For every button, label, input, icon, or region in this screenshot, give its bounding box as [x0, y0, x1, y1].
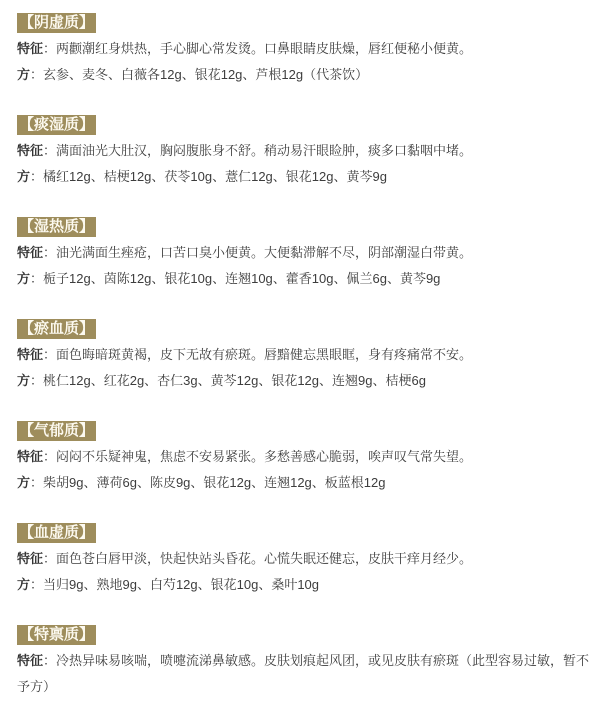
colon: ： [43, 245, 56, 260]
feature-label: 特征 [17, 41, 43, 56]
feature-text: 满面油光大肚汉，胸闷腹胀身不舒。稍动易汗眼睑肿，痰多口黏咽中堵。 [56, 143, 472, 158]
feature-row: 特征：两颧潮红身烘热，手心脚心常发烫。口鼻眼睛皮肤燥，唇红便秘小便黄。 [17, 36, 598, 62]
colon: ： [43, 143, 56, 158]
feature-text: 冷热异味易咳喘，喷嚏流涕鼻敏感。皮肤划痕起风团，或见皮肤有瘀斑（此型容易过敏，暂… [17, 653, 589, 694]
colon: ： [30, 271, 43, 286]
feature-text: 面色苍白唇甲淡，快起快站头昏花。心慌失眠还健忘，皮肤干痒月经少。 [56, 551, 472, 566]
feature-row: 特征：满面油光大肚汉，胸闷腹胀身不舒。稍动易汗眼睑肿，痰多口黏咽中堵。 [17, 138, 598, 164]
recipe-label: 方 [17, 475, 30, 490]
feature-row: 特征：面色苍白唇甲淡，快起快站头昏花。心慌失眠还健忘，皮肤干痒月经少。 [17, 546, 598, 572]
section-damp-heat: 【湿热质】 特征：油光满面生痤疮，口苦口臭小便黄。大便黏滞解不尽，阴部潮湿白带黄… [17, 217, 598, 292]
recipe-text: 桃仁12g、红花2g、杏仁3g、黄芩12g、银花12g、连翘9g、桔梗6g [43, 373, 426, 388]
recipe-label: 方 [17, 67, 30, 82]
colon: ： [43, 347, 56, 362]
recipe-text: 柴胡9g、薄荷6g、陈皮9g、银花12g、连翘12g、板蓝根12g [43, 475, 385, 490]
section-title-badge: 【瘀血质】 [17, 319, 96, 339]
recipe-row: 方：当归9g、熟地9g、白芍12g、银花10g、桑叶10g [17, 572, 598, 598]
feature-label: 特征 [17, 143, 43, 158]
colon: ： [30, 169, 43, 184]
section-title-badge: 【气郁质】 [17, 421, 96, 441]
feature-label: 特征 [17, 551, 43, 566]
recipe-label: 方 [17, 373, 30, 388]
feature-text: 闷闷不乐疑神鬼，焦虑不安易紧张。多愁善感心脆弱，唉声叹气常失望。 [56, 449, 472, 464]
colon: ： [30, 475, 43, 490]
colon: ： [43, 551, 56, 566]
recipe-label: 方 [17, 169, 30, 184]
recipe-label: 方 [17, 577, 30, 592]
section-blood-stasis: 【瘀血质】 特征：面色晦暗斑黄褐，皮下无故有瘀斑。唇黯健忘黑眼眶，身有疼痛常不安… [17, 319, 598, 394]
section-title-badge: 【阴虚质】 [17, 13, 96, 33]
section-title-badge: 【血虚质】 [17, 523, 96, 543]
constitution-document: 【阴虚质】 特征：两颧潮红身烘热，手心脚心常发烫。口鼻眼睛皮肤燥，唇红便秘小便黄… [0, 0, 615, 700]
section-phlegm-damp: 【痰湿质】 特征：满面油光大肚汉，胸闷腹胀身不舒。稍动易汗眼睑肿，痰多口黏咽中堵… [17, 115, 598, 190]
recipe-row: 方：桃仁12g、红花2g、杏仁3g、黄芩12g、银花12g、连翘9g、桔梗6g [17, 368, 598, 394]
colon: ： [43, 653, 56, 668]
section-blood-deficiency: 【血虚质】 特征：面色苍白唇甲淡，快起快站头昏花。心慌失眠还健忘，皮肤干痒月经少… [17, 523, 598, 598]
feature-row: 特征：面色晦暗斑黄褐，皮下无故有瘀斑。唇黯健忘黑眼眶，身有疼痛常不安。 [17, 342, 598, 368]
feature-row: 特征：油光满面生痤疮，口苦口臭小便黄。大便黏滞解不尽，阴部潮湿白带黄。 [17, 240, 598, 266]
section-title-badge: 【痰湿质】 [17, 115, 96, 135]
colon: ： [43, 41, 56, 56]
colon: ： [43, 449, 56, 464]
recipe-row: 方：橘红12g、桔梗12g、茯苓10g、薏仁12g、银花12g、黄芩9g [17, 164, 598, 190]
section-title-badge: 【湿热质】 [17, 217, 96, 237]
section-title-badge: 【特禀质】 [17, 625, 96, 645]
section-yin-deficiency: 【阴虚质】 特征：两颧潮红身烘热，手心脚心常发烫。口鼻眼睛皮肤燥，唇红便秘小便黄… [17, 13, 598, 88]
colon: ： [30, 577, 43, 592]
section-qi-stagnation: 【气郁质】 特征：闷闷不乐疑神鬼，焦虑不安易紧张。多愁善感心脆弱，唉声叹气常失望… [17, 421, 598, 496]
feature-label: 特征 [17, 449, 43, 464]
recipe-row: 方：玄参、麦冬、白薇各12g、银花12g、芦根12g（代茶饮） [17, 62, 598, 88]
recipe-row: 方：栀子12g、茵陈12g、银花10g、连翘10g、藿香10g、佩兰6g、黄芩9… [17, 266, 598, 292]
colon: ： [30, 67, 43, 82]
recipe-row: 方：柴胡9g、薄荷6g、陈皮9g、银花12g、连翘12g、板蓝根12g [17, 470, 598, 496]
recipe-text: 玄参、麦冬、白薇各12g、银花12g、芦根12g（代茶饮） [43, 67, 368, 82]
recipe-text: 当归9g、熟地9g、白芍12g、银花10g、桑叶10g [43, 577, 319, 592]
section-special-constitution: 【特禀质】 特征：冷热异味易咳喘，喷嚏流涕鼻敏感。皮肤划痕起风团，或见皮肤有瘀斑… [17, 625, 598, 700]
feature-label: 特征 [17, 245, 43, 260]
feature-row: 特征：冷热异味易咳喘，喷嚏流涕鼻敏感。皮肤划痕起风团，或见皮肤有瘀斑（此型容易过… [17, 648, 598, 700]
feature-label: 特征 [17, 347, 43, 362]
feature-label: 特征 [17, 653, 43, 668]
feature-text: 两颧潮红身烘热，手心脚心常发烫。口鼻眼睛皮肤燥，唇红便秘小便黄。 [56, 41, 472, 56]
colon: ： [30, 373, 43, 388]
recipe-label: 方 [17, 271, 30, 286]
recipe-text: 橘红12g、桔梗12g、茯苓10g、薏仁12g、银花12g、黄芩9g [43, 169, 387, 184]
feature-text: 面色晦暗斑黄褐，皮下无故有瘀斑。唇黯健忘黑眼眶，身有疼痛常不安。 [56, 347, 472, 362]
recipe-text: 栀子12g、茵陈12g、银花10g、连翘10g、藿香10g、佩兰6g、黄芩9g [43, 271, 440, 286]
feature-row: 特征：闷闷不乐疑神鬼，焦虑不安易紧张。多愁善感心脆弱，唉声叹气常失望。 [17, 444, 598, 470]
feature-text: 油光满面生痤疮，口苦口臭小便黄。大便黏滞解不尽，阴部潮湿白带黄。 [56, 245, 472, 260]
